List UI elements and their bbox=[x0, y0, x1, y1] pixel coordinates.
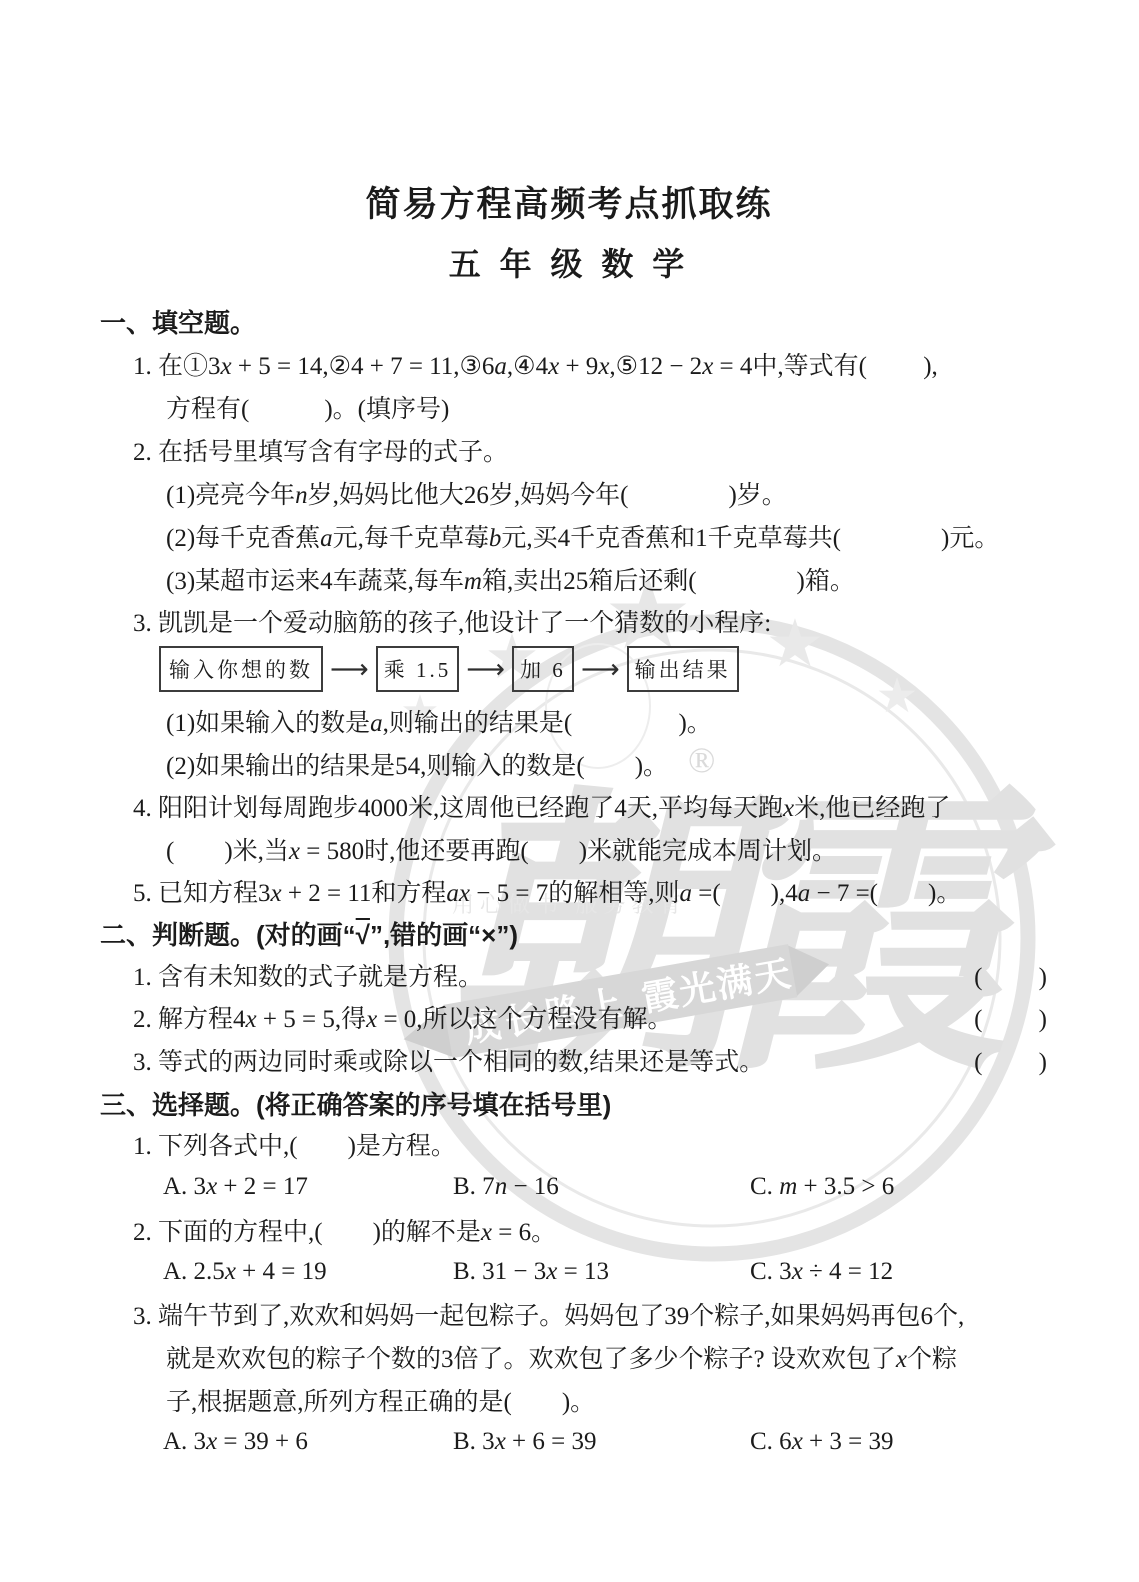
right-arrow-icon: ⟶ bbox=[330, 654, 369, 685]
choice-2-option-a: A. 2.5x + 4 = 19 bbox=[163, 1258, 327, 1286]
worksheet-content: 简易方程高频考点抓取练 五 年 级 数 学 一、填空题。 1. 在①3x + 5… bbox=[0, 0, 1139, 1582]
page-title: 简易方程高频考点抓取练 bbox=[19, 182, 1119, 228]
question-3-sub-2: (2)如果输出的结果是54,则输入的数是( )。 bbox=[166, 750, 668, 783]
choice-1-options: A. 3x + 2 = 17 B. 7n − 16 C. m + 3.5 > 6 bbox=[100, 1173, 1100, 1209]
flow-step-add: 加 6 bbox=[512, 646, 574, 692]
page-subtitle: 五 年 级 数 学 bbox=[19, 243, 1119, 285]
question-2-intro: 2. 在括号里填写含有字母的式子。 bbox=[133, 436, 508, 469]
answer-parentheses: ( ) bbox=[974, 961, 1047, 994]
choice-2-option-b: B. 31 − 3x = 13 bbox=[453, 1258, 609, 1286]
section-2-heading: 二、判断题。(对的画“√”,错的画“×”) bbox=[100, 918, 518, 952]
choice-3-options: A. 3x = 39 + 6 B. 3x + 6 = 39 C. 6x + 3 … bbox=[100, 1428, 1100, 1464]
flow-step-input: 输入你想的数 bbox=[159, 646, 323, 692]
choice-3-line-3: 子,根据题意,所列方程正确的是( )。 bbox=[166, 1386, 595, 1419]
choice-3-line-2: 就是欢欢包的粽子个数的3倍了。欢欢包了多少个粽子? 设欢欢包了x个粽 bbox=[166, 1343, 957, 1376]
number-machine-flowchart: 输入你想的数 ⟶ 乘 1.5 ⟶ 加 6 ⟶ 输出结果 bbox=[159, 646, 739, 692]
flow-step-output: 输出结果 bbox=[627, 646, 739, 692]
choice-1-option-a: A. 3x + 2 = 17 bbox=[163, 1173, 308, 1201]
question-4-line-1: 4. 阳阳计划每周跑步4000米,这周他已经跑了4天,平均每天跑x米,他已经跑了 bbox=[133, 792, 950, 825]
choice-3-option-a: A. 3x = 39 + 6 bbox=[163, 1428, 308, 1456]
judge-item-text: 1. 含有未知数的式子就是方程。 bbox=[133, 961, 483, 994]
choice-3-option-b: B. 3x + 6 = 39 bbox=[453, 1428, 597, 1456]
question-3-sub-1: (1)如果输入的数是a,则输出的结果是( )。 bbox=[166, 707, 712, 740]
judge-item-2: 2. 解方程4x + 5 = 5,得x = 0,所以这个方程没有解。 ( ) bbox=[133, 1003, 1047, 1036]
worksheet-page: ★ ★ ★ ★ ★ 朝霞 ® 用心做书 服务教育 成长路上 霞光满天 简易方程高… bbox=[0, 0, 1139, 1582]
question-1-line-2: 方程有( )。(填序号) bbox=[166, 393, 449, 426]
choice-1-stem: 1. 下列各式中,( )是方程。 bbox=[133, 1130, 456, 1163]
choice-2-option-c: C. 3x ÷ 4 = 12 bbox=[750, 1258, 893, 1286]
question-3-intro: 3. 凯凯是一个爱动脑筋的孩子,他设计了一个猜数的小程序: bbox=[133, 607, 771, 640]
judge-item-text: 2. 解方程4x + 5 = 5,得x = 0,所以这个方程没有解。 bbox=[133, 1003, 673, 1036]
section-3-heading: 三、选择题。(将正确答案的序号填在括号里) bbox=[100, 1088, 611, 1122]
choice-1-option-c: C. m + 3.5 > 6 bbox=[750, 1173, 894, 1201]
judge-item-3: 3. 等式的两边同时乘或除以一个相同的数,结果还是等式。 ( ) bbox=[133, 1046, 1047, 1079]
flow-step-multiply: 乘 1.5 bbox=[376, 646, 460, 692]
choice-2-stem: 2. 下面的方程中,( )的解不是x = 6。 bbox=[133, 1216, 556, 1249]
choice-1-option-b: B. 7n − 16 bbox=[453, 1173, 559, 1201]
question-2-sub-2: (2)每千克香蕉a元,每千克草莓b元,买4千克香蕉和1千克草莓共( )元。 bbox=[166, 522, 999, 555]
answer-parentheses: ( ) bbox=[974, 1046, 1047, 1079]
question-2-sub-1: (1)亮亮今年n岁,妈妈比他大26岁,妈妈今年( )岁。 bbox=[166, 479, 787, 512]
question-2-sub-3: (3)某超市运来4车蔬菜,每车m箱,卖出25箱后还剩( )箱。 bbox=[166, 565, 855, 598]
section-1-heading: 一、填空题。 bbox=[100, 306, 256, 340]
choice-3-line-1: 3. 端午节到了,欢欢和妈妈一起包粽子。妈妈包了39个粽子,如果妈妈再包6个, bbox=[133, 1300, 964, 1333]
choice-3-option-c: C. 6x + 3 = 39 bbox=[750, 1428, 894, 1456]
judge-item-1: 1. 含有未知数的式子就是方程。 ( ) bbox=[133, 961, 1047, 994]
question-1-line-1: 1. 在①3x + 5 = 14,②4 + 7 = 11,③6a,④4x + 9… bbox=[133, 350, 938, 383]
question-5-line-1: 5. 已知方程3x + 2 = 11和方程ax − 5 = 7的解相等,则a =… bbox=[133, 877, 961, 910]
question-4-line-2: ( )米,当x = 580时,他还要再跑( )米就能完成本周计划。 bbox=[166, 835, 837, 868]
right-arrow-icon: ⟶ bbox=[466, 654, 505, 685]
judge-item-text: 3. 等式的两边同时乘或除以一个相同的数,结果还是等式。 bbox=[133, 1046, 764, 1079]
answer-parentheses: ( ) bbox=[974, 1003, 1047, 1036]
choice-2-options: A. 2.5x + 4 = 19 B. 31 − 3x = 13 C. 3x ÷… bbox=[100, 1258, 1100, 1294]
right-arrow-icon: ⟶ bbox=[581, 654, 620, 685]
